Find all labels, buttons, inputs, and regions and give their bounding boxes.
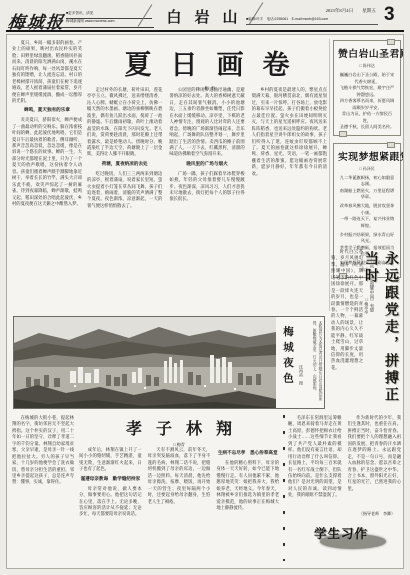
poem-1-byline: □ 陈伟达 [338,63,396,69]
poem-2-line: 一带一路连天下，复兴伟业铸辉煌。 [338,216,396,229]
bottom-article-col2: 成年后，林翔在镇上开了一间小小的缝纫铺，手艺精湛，童叟无欺，生意渐渐红火起来，日… [79,447,142,561]
sidebar: 赞白岩山圣君殿 □ 陈伟达 巍巍白岩山下圣公殿，始于宋代香火绵延， 飞檐斗拱气势… [333,40,401,278]
student-essay-side-column: 时代白云苍狗，岁月风驰电掣。翻开《红星照耀中国》，斯诺笔下的红色中国徐徐展开。那… [331,249,363,409]
main-article-col4: 乡村的夏夜是最迷人的。繁星点点缀满天幕，银河横贯南北，偶有流星划过，引来一片惊呼… [252,87,327,311]
main-article-col2-body: 走过村外的长塘，荷叶田田，莲花亭亭玉立。微风拂过，送来缕缕清香，沁人心脾。蜻蜓立… [87,87,162,158]
main-article-headline-block: 夏日画卷 □ 梅春 [87,43,327,92]
bottom-article-headline-block: 孝子林翔 □ 梅青 [79,416,279,448]
content-frame: 夏日，乡间一幅多彩的画卷。产业上的硕果，映衬出农民朴实的笑脸；田野里绿浪翻滚，稻… [6,34,404,569]
bottom-article-subhead-2: 生病不忘尽孝 悉心侍奉高堂 [216,450,279,457]
masthead-info-line1: ■更多资讯，请见 [66,11,152,19]
student-essay-head: 时代白云苍狗，岁月风驰电掣。翻开《红星照耀中国》，斯诺笔下的红色中国徐徐展开。那… [331,249,401,409]
date: 2023年8月4日 [326,8,354,14]
student-essay-bottom-col2: 作为新时代的少年，我们生逢其时，也重任在肩。拼搏正当时，奋斗恰青春。我们要把个人… [348,415,402,509]
newspaper-page: 梅城报 ■更多资讯，请见 梅城新闻网 www.mcnews.com 白岩山 20… [0,0,410,575]
bottom-article-col4-body: 在他的精心照料下，母亲的身体一天天好转，如今已能下地慢慢行走。有人问他累不累，他… [216,460,279,512]
main-article-subhead-3: 晚风里的广场与烟火 [169,161,244,168]
poem-2-line: 乡村振兴结硕果，绿水青山好风光。 [338,232,396,245]
poem-2-title: 实现梦想紧跟党 [338,149,396,163]
poem-1-title: 赞白岩山圣君殿 [338,46,396,60]
main-article-col2-body2: 吃过晚饭，人们三三两两来到塘边的凉亭，摇着蒲扇，说着家长里短。萤火虫提着小灯笼在… [87,171,162,210]
student-essay-bottom-col2-text: 作为新时代的少年，我们生逢其时，也重任在肩。拼搏正当时，奋斗恰青春。我们要把个人… [348,415,402,492]
photo-credit: 沈再甫 摄 [298,365,304,385]
weekday: 星期五 [362,8,376,14]
bottom-article-title: 孝子林翔 [79,416,279,439]
poem-2-line: 九二华诞旗帜扬，初心如磐意志刚。 [338,175,396,188]
poem-1-line: 飞檐斗拱气势恢宏，殿宇庄严钟磬悠远。 [338,85,396,98]
bottom-article-subhead-1: 谨遵母亲教诲 勤学缝纫持家 [79,476,142,483]
main-article-col3: 公园里的休闲步道曲径通幽，是避暑纳凉的好去处。高大的香樟树遮天蔽日，走在其间暑气… [169,87,244,311]
poem-1-line: 四方香客慕名而来，祈愿风调雨顺岁岁平安， [338,98,396,111]
date-line: 2023年8月4日 星期五 [248,8,376,14]
main-article-col4-body: 乡村的夏夜是最迷人的。繁星点点缀满天幕，银河横贯南北，偶有流星划过，引来一片惊呼… [252,87,327,177]
bottom-article-col1: 在梅城的大街小巷，提起林翔的名字，街坊邻居无不竖起大拇指。这个朴实的汉子，用二十… [12,415,74,561]
bottom-article-col2-body: 母亲常对他说，做人要本分，做事要用心。他把这句话记在心里，落在手上。无论多晚，答… [79,486,142,518]
poem-1-line: 圣德千秋，长留人间美名传。 [338,124,396,131]
badge-label: 学生习作 [314,524,368,542]
poem-2-line: 南湖船上燃星火，万里征程谱华章。 [338,188,396,201]
header-subrule [246,24,378,25]
main-article-col1: 夏日，乡间一幅多彩的画卷。产业上的硕果，映衬出农民朴实的笑脸；田野里绿浪翻滚，稻… [12,40,82,312]
student-work-badge: 学生习作 [288,521,401,555]
poem-box-1: 赞白岩山圣君殿 □ 陈伟达 巍巍白岩山下圣公殿，始于宋代香火绵延， 飞檐斗拱气势… [333,40,401,136]
photo-side-note: 本版图片为本报记者近日傍晚在白岩山顶航拍所得，俯瞰梅城全景，灯火初上，山城如画。 [310,317,324,408]
city-panorama-photo [14,317,276,408]
bottom-article-col1-body: 在梅城的大街小巷，提起林翔的名字，街坊邻居无不竖起大拇指。这个朴实的汉子，用二十… [12,415,74,486]
main-article-subhead-2: 荷塘，夏夜纳凉的去处 [87,161,162,168]
student-essay-byline: □梅亭亭 [364,297,369,409]
main-article-col2: 走过村外的长塘，荷叶田田，莲花亭亭玉立。微风拂过，送来缕缕清香，沁人心脾。蜻蜓立… [87,87,162,311]
page-number: 3 [384,4,395,26]
poem-2-line: 改革春风拂大地，脱贫攻坚奔小康。 [338,203,396,216]
student-essay-bottom-col1-text: 毛泽东在窑洞里运筹帷幄，周恩来骑着马奔走在黄土高原，彭德怀把棉衣让给小战士……这… [288,415,342,499]
poem-1-line: 巍巍白岩山下圣公殿，始于宋代香火绵延， [338,72,396,85]
photo-block: 梅城夜色 沈再甫 摄 本版图片为本报记者近日傍晚在白岩山顶航拍所得，俯瞰梅城全景… [13,316,325,409]
photo-caption-strip: 梅城夜色 沈再甫 摄 [276,317,310,408]
bottom-article-col4: 生病不忘尽孝 悉心侍奉高堂 在他的精心照料下，母亲的身体一天天好转，如今已能下地… [216,447,279,561]
main-article-col3-body: 公园里的休闲步道曲径通幽，是避暑纳凉的好去处。高大的香樟树遮天蔽日，走在其间暑气… [169,87,244,158]
student-essay-bottom-col1: 毛泽东在窑洞里运筹帷幄，周恩来骑着马奔走在黄土高原，彭德怀把棉衣让给小战士……这… [288,415,342,509]
main-article-intro: 夏日，乡间一幅多彩的画卷。产业上的硕果，映衬出农民朴实的笑脸；田野里绿浪翻滚，稻… [12,40,82,104]
bottom-article-col3-body: 天有不测风云。前年冬天，母亲突发脑溢血，落下了半身不遂的毛病。林翔二话不说，把缝… [148,447,211,505]
masthead-rule [8,27,154,28]
bottom-section-separator [283,415,285,561]
photo-caption: 梅城夜色 [281,326,296,388]
sidebar-separator [329,39,330,311]
student-essay-side-text: 时代白云苍狗，岁月风驰电掣。翻开《红星照耀中国》，斯诺笔下的红色中国徐徐展开。那… [331,249,363,371]
poem-1-line: 青山为证，护佑一方黎民百姓， [338,111,396,124]
main-article-title: 夏日画卷 [87,43,327,82]
student-essay-vertical-title: 永远跟党走，拼搏正当时 [375,249,401,409]
bottom-article-col3: 天有不测风云。前年冬天，母亲突发脑溢血，落下了半身不遂的毛病。林翔二话不说，把缝… [148,447,211,561]
teacher-note: （指导老师 李卿） [288,511,401,517]
bottom-article-columns: 成年后，林翔在镇上开了一间小小的缝纫铺，手艺精湛，童叟无欺，生意渐渐红火起来，日… [79,447,279,561]
main-article-subhead-1: 蝉鸣，夏天独有的乐章 [12,107,82,114]
poem-2-byline: □ 孙泽民 [338,166,396,172]
header-rule [6,30,404,32]
section-title: 白岩山 [150,6,254,27]
editor-contact-line: ■编辑/叶宇 电话:2255061 E-mail:mcnb@163.com [246,17,378,22]
student-essay-bottom: 毛泽东在窑洞里运筹帷幄，周恩来骑着马奔走在黄土高原，彭德怀把棉衣让给小战士……这… [288,415,401,561]
main-article-columns: 走过村外的长塘，荷叶田田，莲花亭亭玉立。微风拂过，送来缕缕清香，沁人心脾。蜻蜓立… [87,87,327,311]
main-article-col1-body: 炎炎夏日，骄阳似火，蝉声便成了一曲最动听的交响乐。躲在浓密枝叶间的蝉，此起彼伏地… [12,117,82,207]
bottom-article-col2-intro: 成年后，林翔在镇上开了一间小小的缝纫铺，手艺精湛，童叟无欺，生意渐渐红火起来，日… [79,447,142,473]
main-article-col3-body2: 广场一隅，孩子们踩着旱冰鞋穿梭如燕，年轻的父母推着婴儿车慢慢踱步。夜色渐深，凉风… [169,171,244,203]
